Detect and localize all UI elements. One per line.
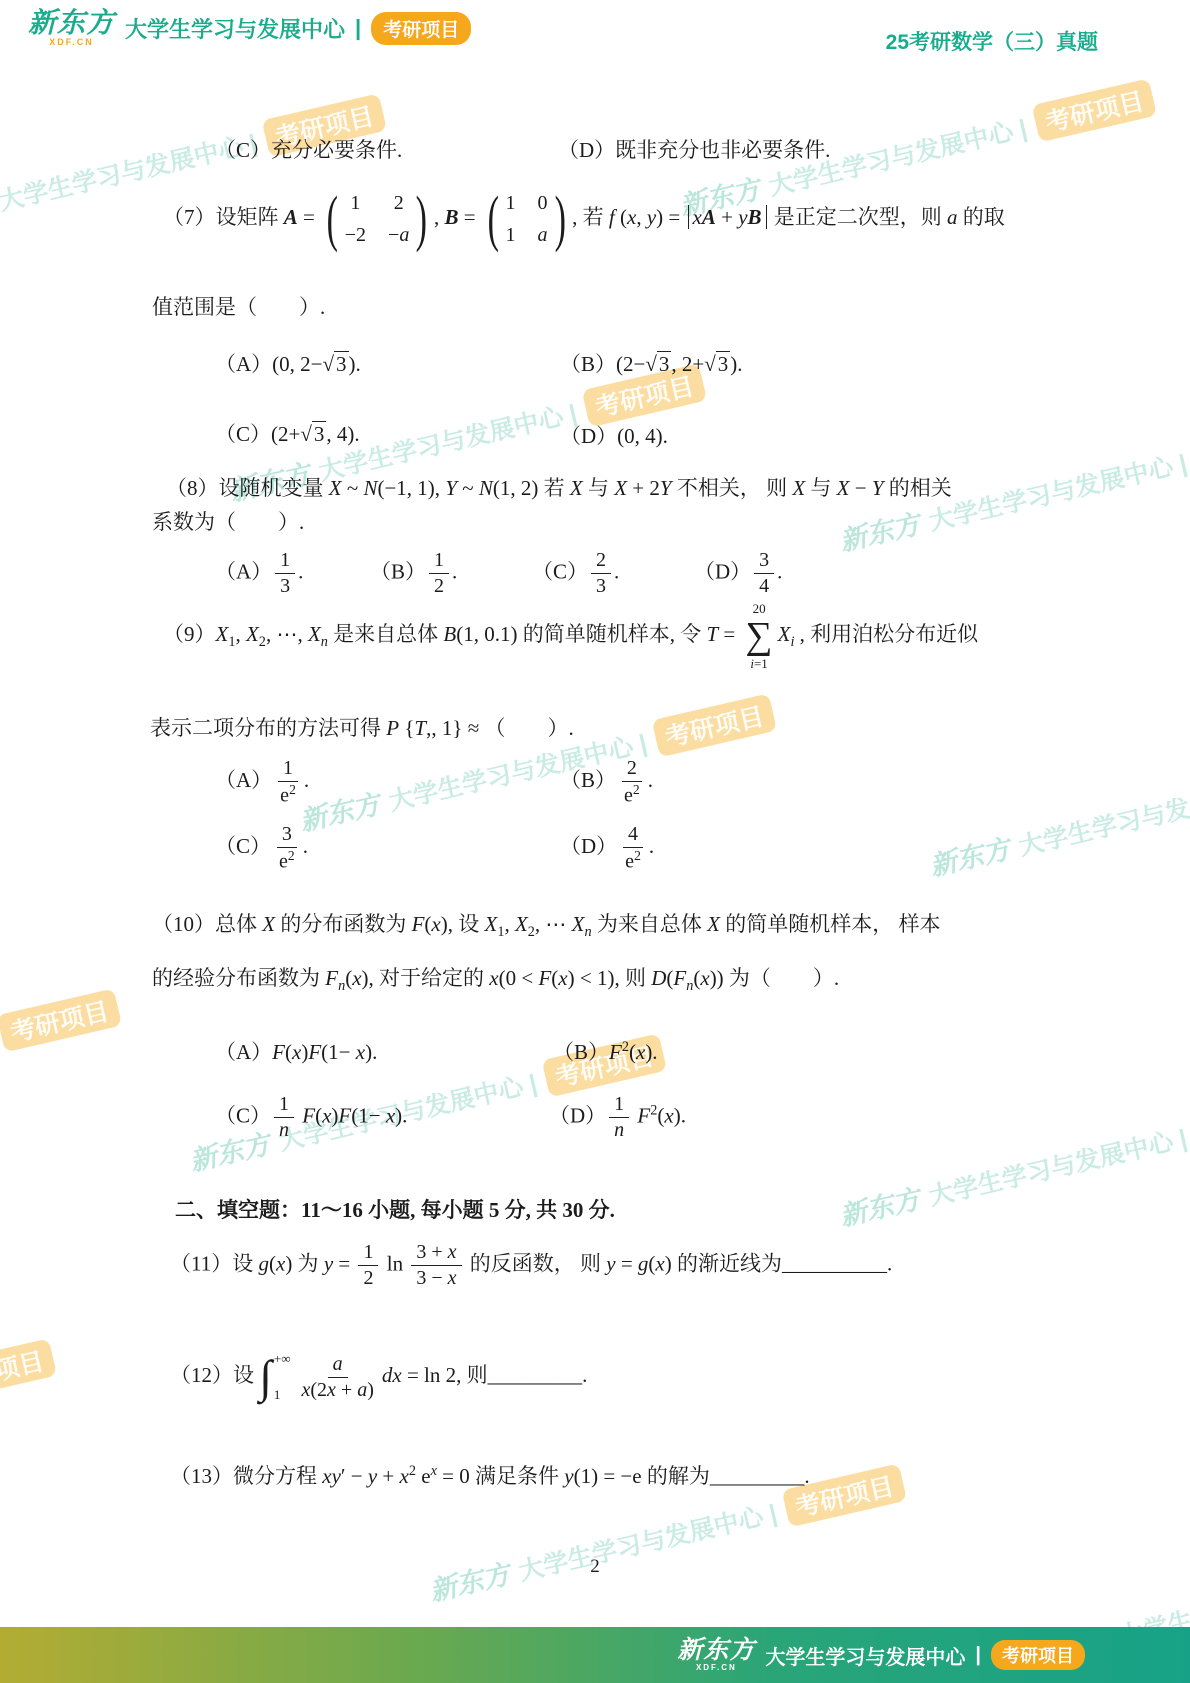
question-12-stem: （12）设 ∫+∞1ax(2x + a)dx = ln 2, 则________… (170, 1350, 587, 1404)
question-9-stem2: 表示二项分布的方法可得 P {T,, 1} ≈ （ ）. (150, 714, 574, 742)
option-9d: （D）4e2. (560, 822, 654, 875)
option-10d: （D）1n F2(x). (549, 1092, 686, 1143)
question-8-stem2: 系数为（ ）. (152, 508, 304, 536)
option-7a: （A）(0, 2−√3). (215, 350, 361, 378)
footer-brand-divider: | (975, 1644, 981, 1667)
section-2-title: 二、填空题：11～16 小题, 每小题 5 分, 共 30 分. (175, 1196, 615, 1224)
question-7-stem: （7）设矩阵 A = (12−2−a), B = (101a), 若 f (x,… (163, 188, 1005, 250)
question-10-stem2: 的经验分布函数为 Fn(x), 对于给定的 x(0 < F(x) < 1), 则… (152, 964, 839, 996)
option-7c: （C）(2+√3, 4). (215, 420, 360, 448)
option-7b: （B）(2−√3, 2+√3). (560, 350, 743, 378)
watermark: 新东方大学生学习与发展中心 |考研项目 (836, 1086, 1190, 1234)
watermark: 新东方大学生学习与发展中心 |考研项目 (0, 1336, 57, 1484)
xdf-logo-text: 新东方 (28, 9, 115, 37)
brand-logo: 新东方 XDF.CN 大学生学习与发展中心 | 考研项目 (28, 9, 471, 47)
question-8-stem: （8）设随机变量 X ~ N(−1, 1), Y ~ N(1, 2) 若 X 与… (166, 474, 952, 502)
brand-divider: | (355, 15, 361, 41)
option-9b: （B）2e2. (560, 756, 653, 809)
question-13-stem: （13）微分方程 xy′ − y + x2 ex = 0 满足条件 y(1) =… (170, 1462, 810, 1490)
option-8a: （A）13. (215, 548, 303, 599)
option-9a: （A）1e2. (215, 756, 309, 809)
page-footer: 新东方 XDF.CN 大学生学习与发展中心 | 考研项目 (0, 1627, 1190, 1683)
option-10c: （C）1n F(x)F(1− x). (215, 1092, 407, 1143)
option-8d: （D）34. (694, 548, 782, 599)
footer-xdf-logo-text: 新东方 (677, 1638, 755, 1663)
page-number: 2 (0, 1556, 1190, 1578)
watermark: 新东方大学生学习与发展中心 |考研项目 (0, 986, 122, 1134)
option-8b: （B）12. (370, 548, 457, 599)
kaoyan-project-badge: 考研项目 (371, 12, 471, 45)
option-8c: （C）23. (532, 548, 619, 599)
question-11-stem: （11）设 g(x) 为 y = 12 ln 3 + x3 − x 的反函数， … (170, 1240, 892, 1291)
page-header: 新东方 XDF.CN 大学生学习与发展中心 | 考研项目 25考研数学（三）真题 (0, 0, 1190, 62)
footer-kaoyan-project-badge: 考研项目 (991, 1640, 1085, 1670)
option-6d: （D）既非充分也非必要条件. (558, 136, 830, 164)
xdf-logo-domain: XDF.CN (49, 38, 94, 47)
xdf-logo: 新东方 XDF.CN (28, 9, 115, 47)
option-10b: （B）F2(x). (553, 1038, 658, 1066)
question-9-stem: （9）X1, X2, ⋯, Xn 是来自总体 B(1, 0.1) 的简单随机样本… (163, 602, 978, 670)
footer-center-name: 大学生学习与发展中心 (765, 1641, 965, 1670)
watermark: 新东方大学生学习与发展中心 |考研项目 (926, 736, 1190, 884)
option-7d: （D）(0, 4). (560, 422, 668, 450)
option-9c: （C）3e2. (215, 822, 308, 875)
footer-xdf-logo: 新东方 XDF.CN (677, 1638, 755, 1672)
doc-title: 25考研数学（三）真题 (886, 26, 1098, 56)
center-name: 大学生学习与发展中心 (125, 13, 345, 44)
footer-xdf-logo-domain: XDF.CN (696, 1664, 737, 1672)
option-10a: （A）F(x)F(1− x). (215, 1038, 377, 1066)
question-7-stem2: 值范围是（ ）. (152, 293, 325, 321)
option-6c: （C）充分必要条件. (215, 136, 402, 164)
question-10-stem: （10）总体 X 的分布函数为 F(x), 设 X1, X2, ⋯ Xn 为来自… (152, 910, 940, 942)
